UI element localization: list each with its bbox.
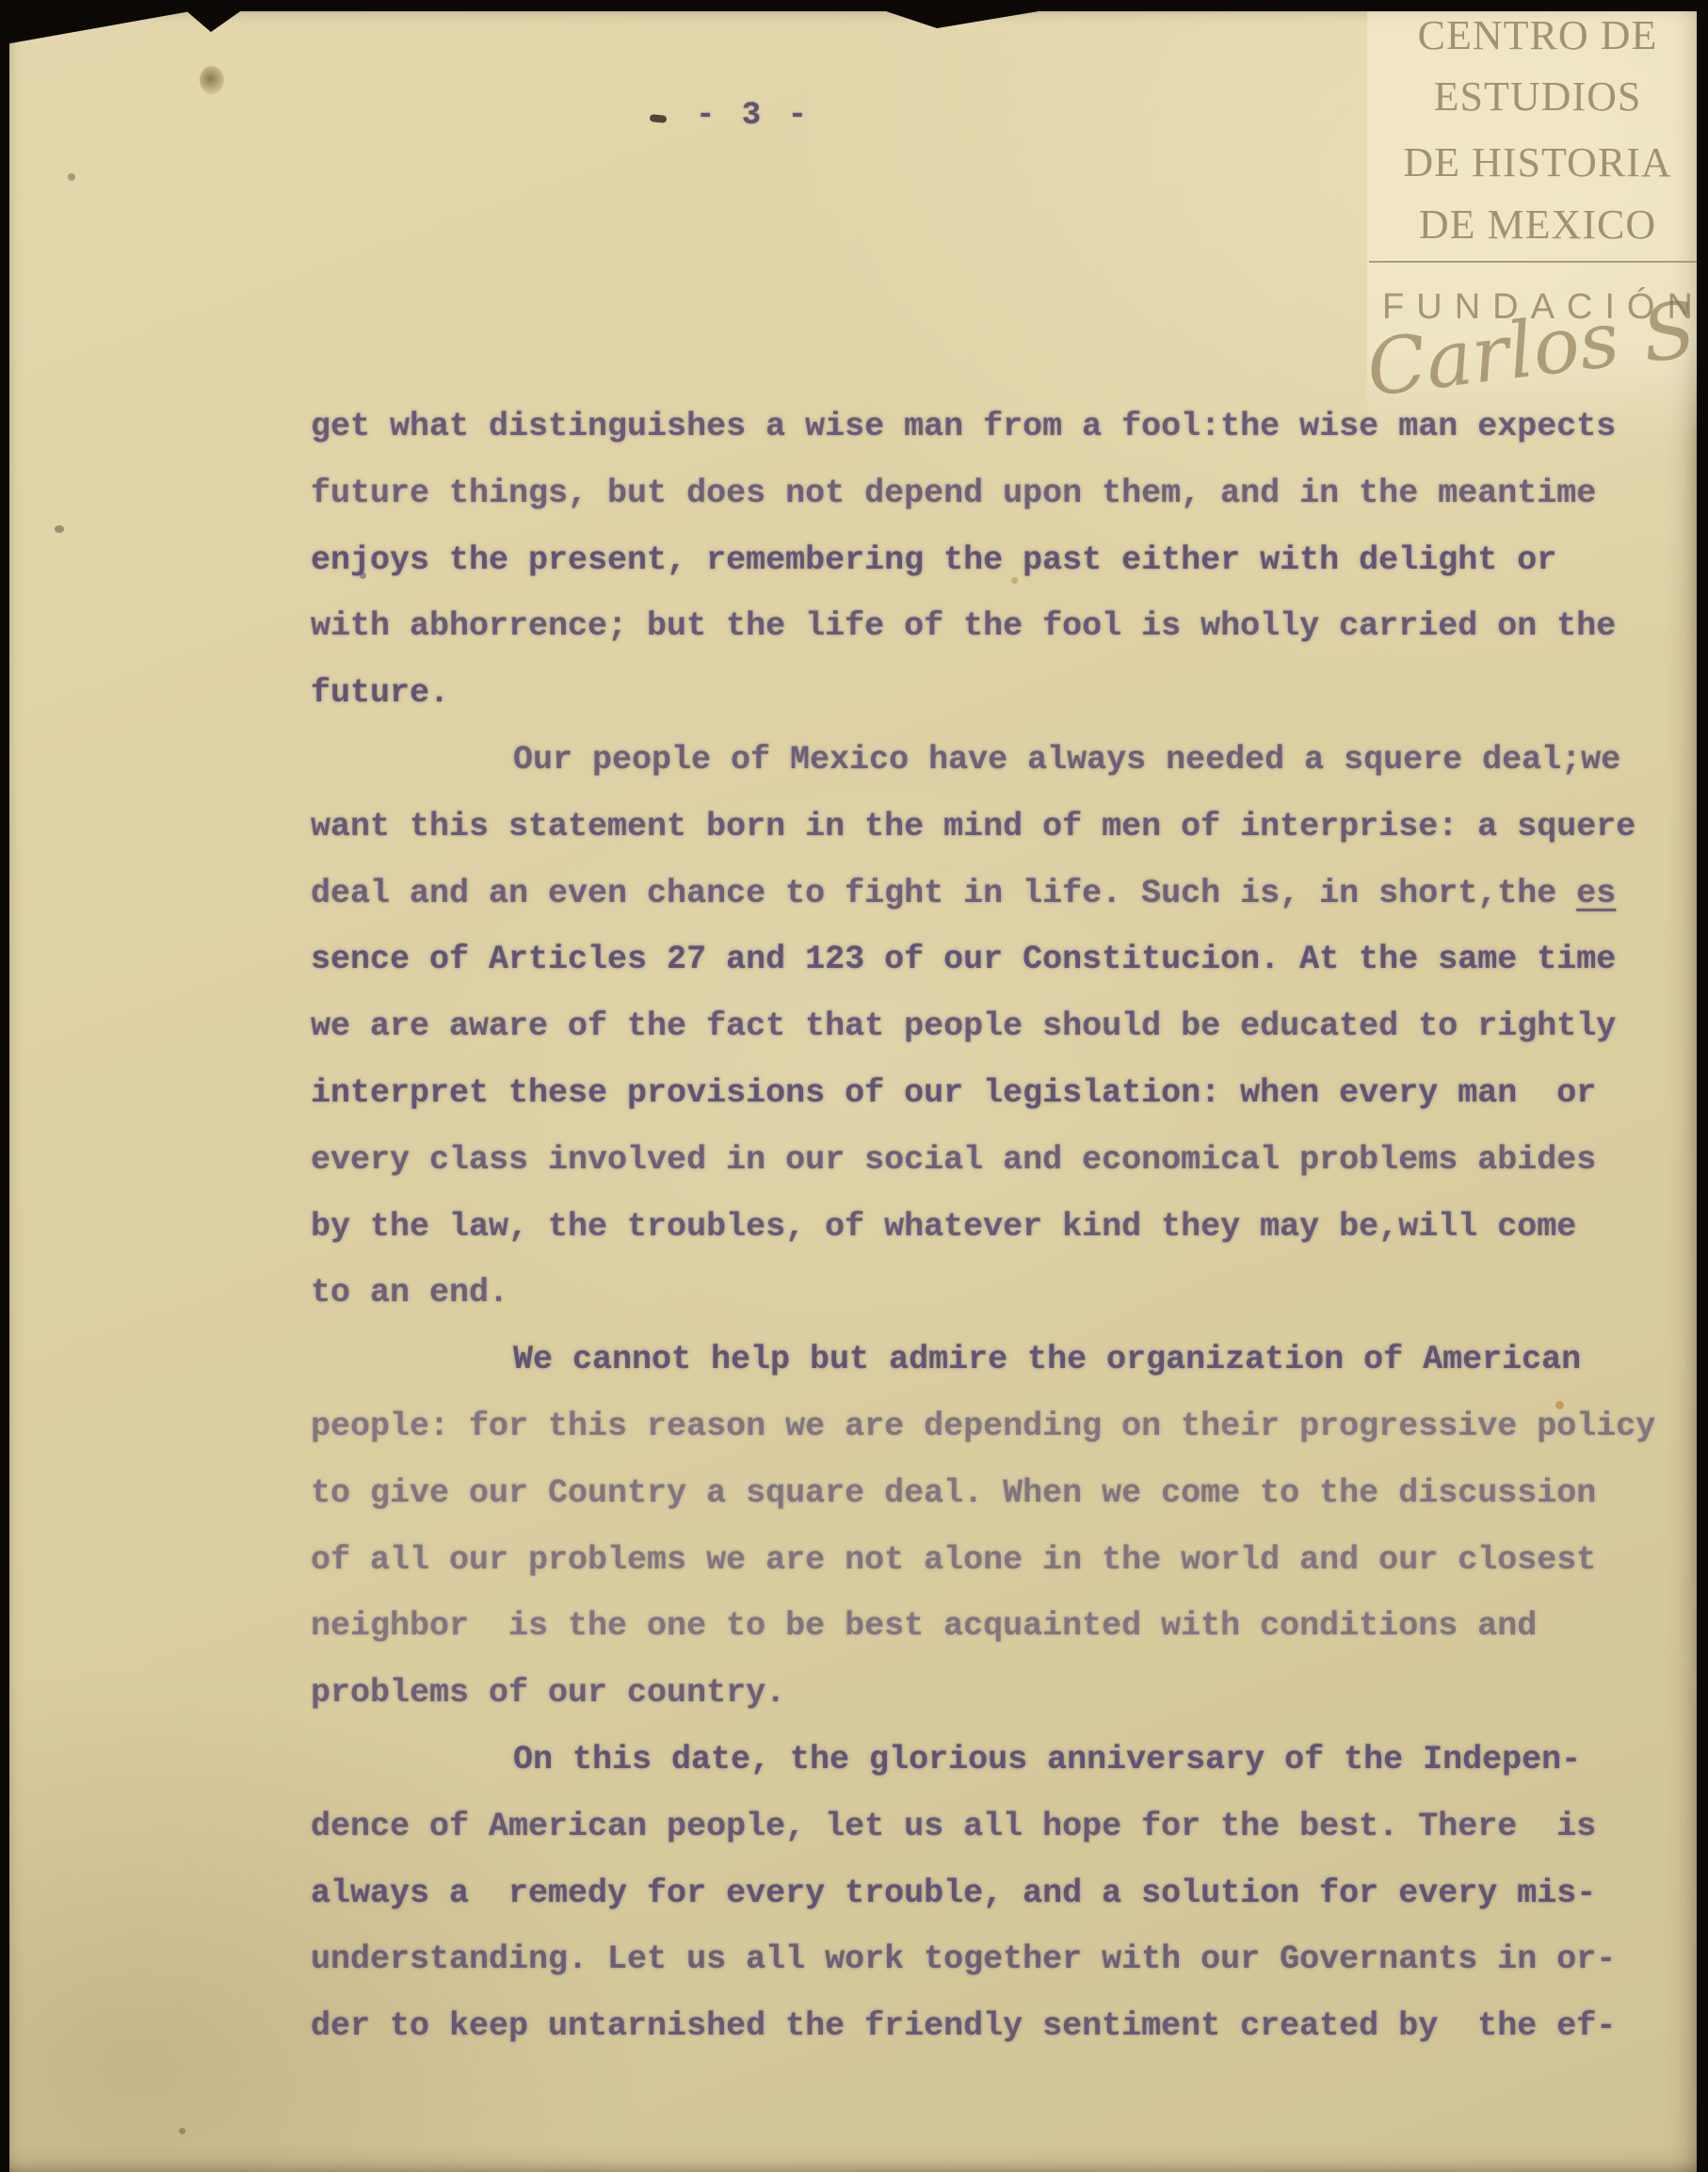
typewritten-line: Our people of Mexico have always needed … bbox=[311, 727, 1638, 794]
watermark-text: DE HISTORIA bbox=[1367, 142, 1708, 184]
paper-speck bbox=[68, 173, 75, 181]
archive-watermark: CENTRO DE ESTUDIOS DE HISTORIA DE MEXICO… bbox=[1367, 0, 1708, 442]
paper-speck bbox=[179, 2128, 185, 2134]
typewritten-line: of all our problems we are not alone in … bbox=[311, 1527, 1638, 1594]
typewritten-line: every class involved in our social and e… bbox=[311, 1127, 1638, 1194]
watermark-text: CENTRO DE bbox=[1367, 15, 1708, 56]
paper-speck bbox=[55, 525, 64, 533]
scan-edge-left bbox=[0, 0, 9, 2172]
paper-tear bbox=[880, 9, 1050, 28]
typewritten-line: On this date, the glorious anniversary o… bbox=[311, 1727, 1638, 1794]
scan-edge-right bbox=[1697, 0, 1708, 2172]
typewritten-line: to give our Country a square deal. When … bbox=[311, 1460, 1638, 1527]
typewritten-line: always a remedy for every trouble, and a… bbox=[311, 1860, 1638, 1927]
typewritten-line: want this statement born in the mind of … bbox=[311, 794, 1638, 861]
typewritten-line: dence of American people, let us all hop… bbox=[311, 1794, 1638, 1860]
typewritten-line: with abhorrence; but the life of the foo… bbox=[311, 593, 1638, 660]
typewritten-line: problems of our country. bbox=[311, 1660, 1638, 1727]
typewritten-line: people: for this reason we are depending… bbox=[311, 1393, 1638, 1460]
page-number: - 3 - bbox=[687, 98, 819, 134]
typewritten-line: we are aware of the fact that people sho… bbox=[311, 993, 1638, 1060]
typewritten-line: understanding. Let us all work together … bbox=[311, 1926, 1638, 1993]
typewritten-line: neighbor is the one to be best acquainte… bbox=[311, 1593, 1638, 1660]
scan-edge-top bbox=[0, 0, 1708, 11]
typewritten-line: get what distinguishes a wise man from a… bbox=[311, 394, 1638, 460]
watermark-divider bbox=[1369, 261, 1708, 263]
watermark-text: DE MEXICO bbox=[1367, 204, 1708, 246]
typewritten-line: der to keep untarnished the friendly sen… bbox=[311, 1993, 1638, 2060]
paper-tear bbox=[185, 9, 243, 32]
typewritten-line: by the law, the troubles, of whatever ki… bbox=[311, 1194, 1638, 1261]
typewritten-line: interpret these provisions of our legisl… bbox=[311, 1060, 1638, 1127]
typewritten-line: sence of Articles 27 and 123 of our Cons… bbox=[311, 926, 1638, 993]
typewritten-line: to an end. bbox=[311, 1260, 1638, 1327]
typewritten-line: We cannot help but admire the organizati… bbox=[311, 1327, 1638, 1393]
document-scan: CENTRO DE ESTUDIOS DE HISTORIA DE MEXICO… bbox=[0, 0, 1708, 2172]
typewritten-line: enjoys the present, remembering the past… bbox=[311, 527, 1638, 594]
watermark-text: ESTUDIOS bbox=[1367, 76, 1708, 118]
typewritten-line: future. bbox=[311, 660, 1638, 727]
typewritten-line: future things, but does not depend upon … bbox=[311, 460, 1638, 527]
underlined-text: es bbox=[1576, 875, 1616, 912]
paper-stain bbox=[200, 66, 224, 94]
typewritten-text: get what distinguishes a wise man from a… bbox=[311, 394, 1638, 2060]
typewritten-line: deal and an even chance to fight in life… bbox=[311, 861, 1638, 927]
